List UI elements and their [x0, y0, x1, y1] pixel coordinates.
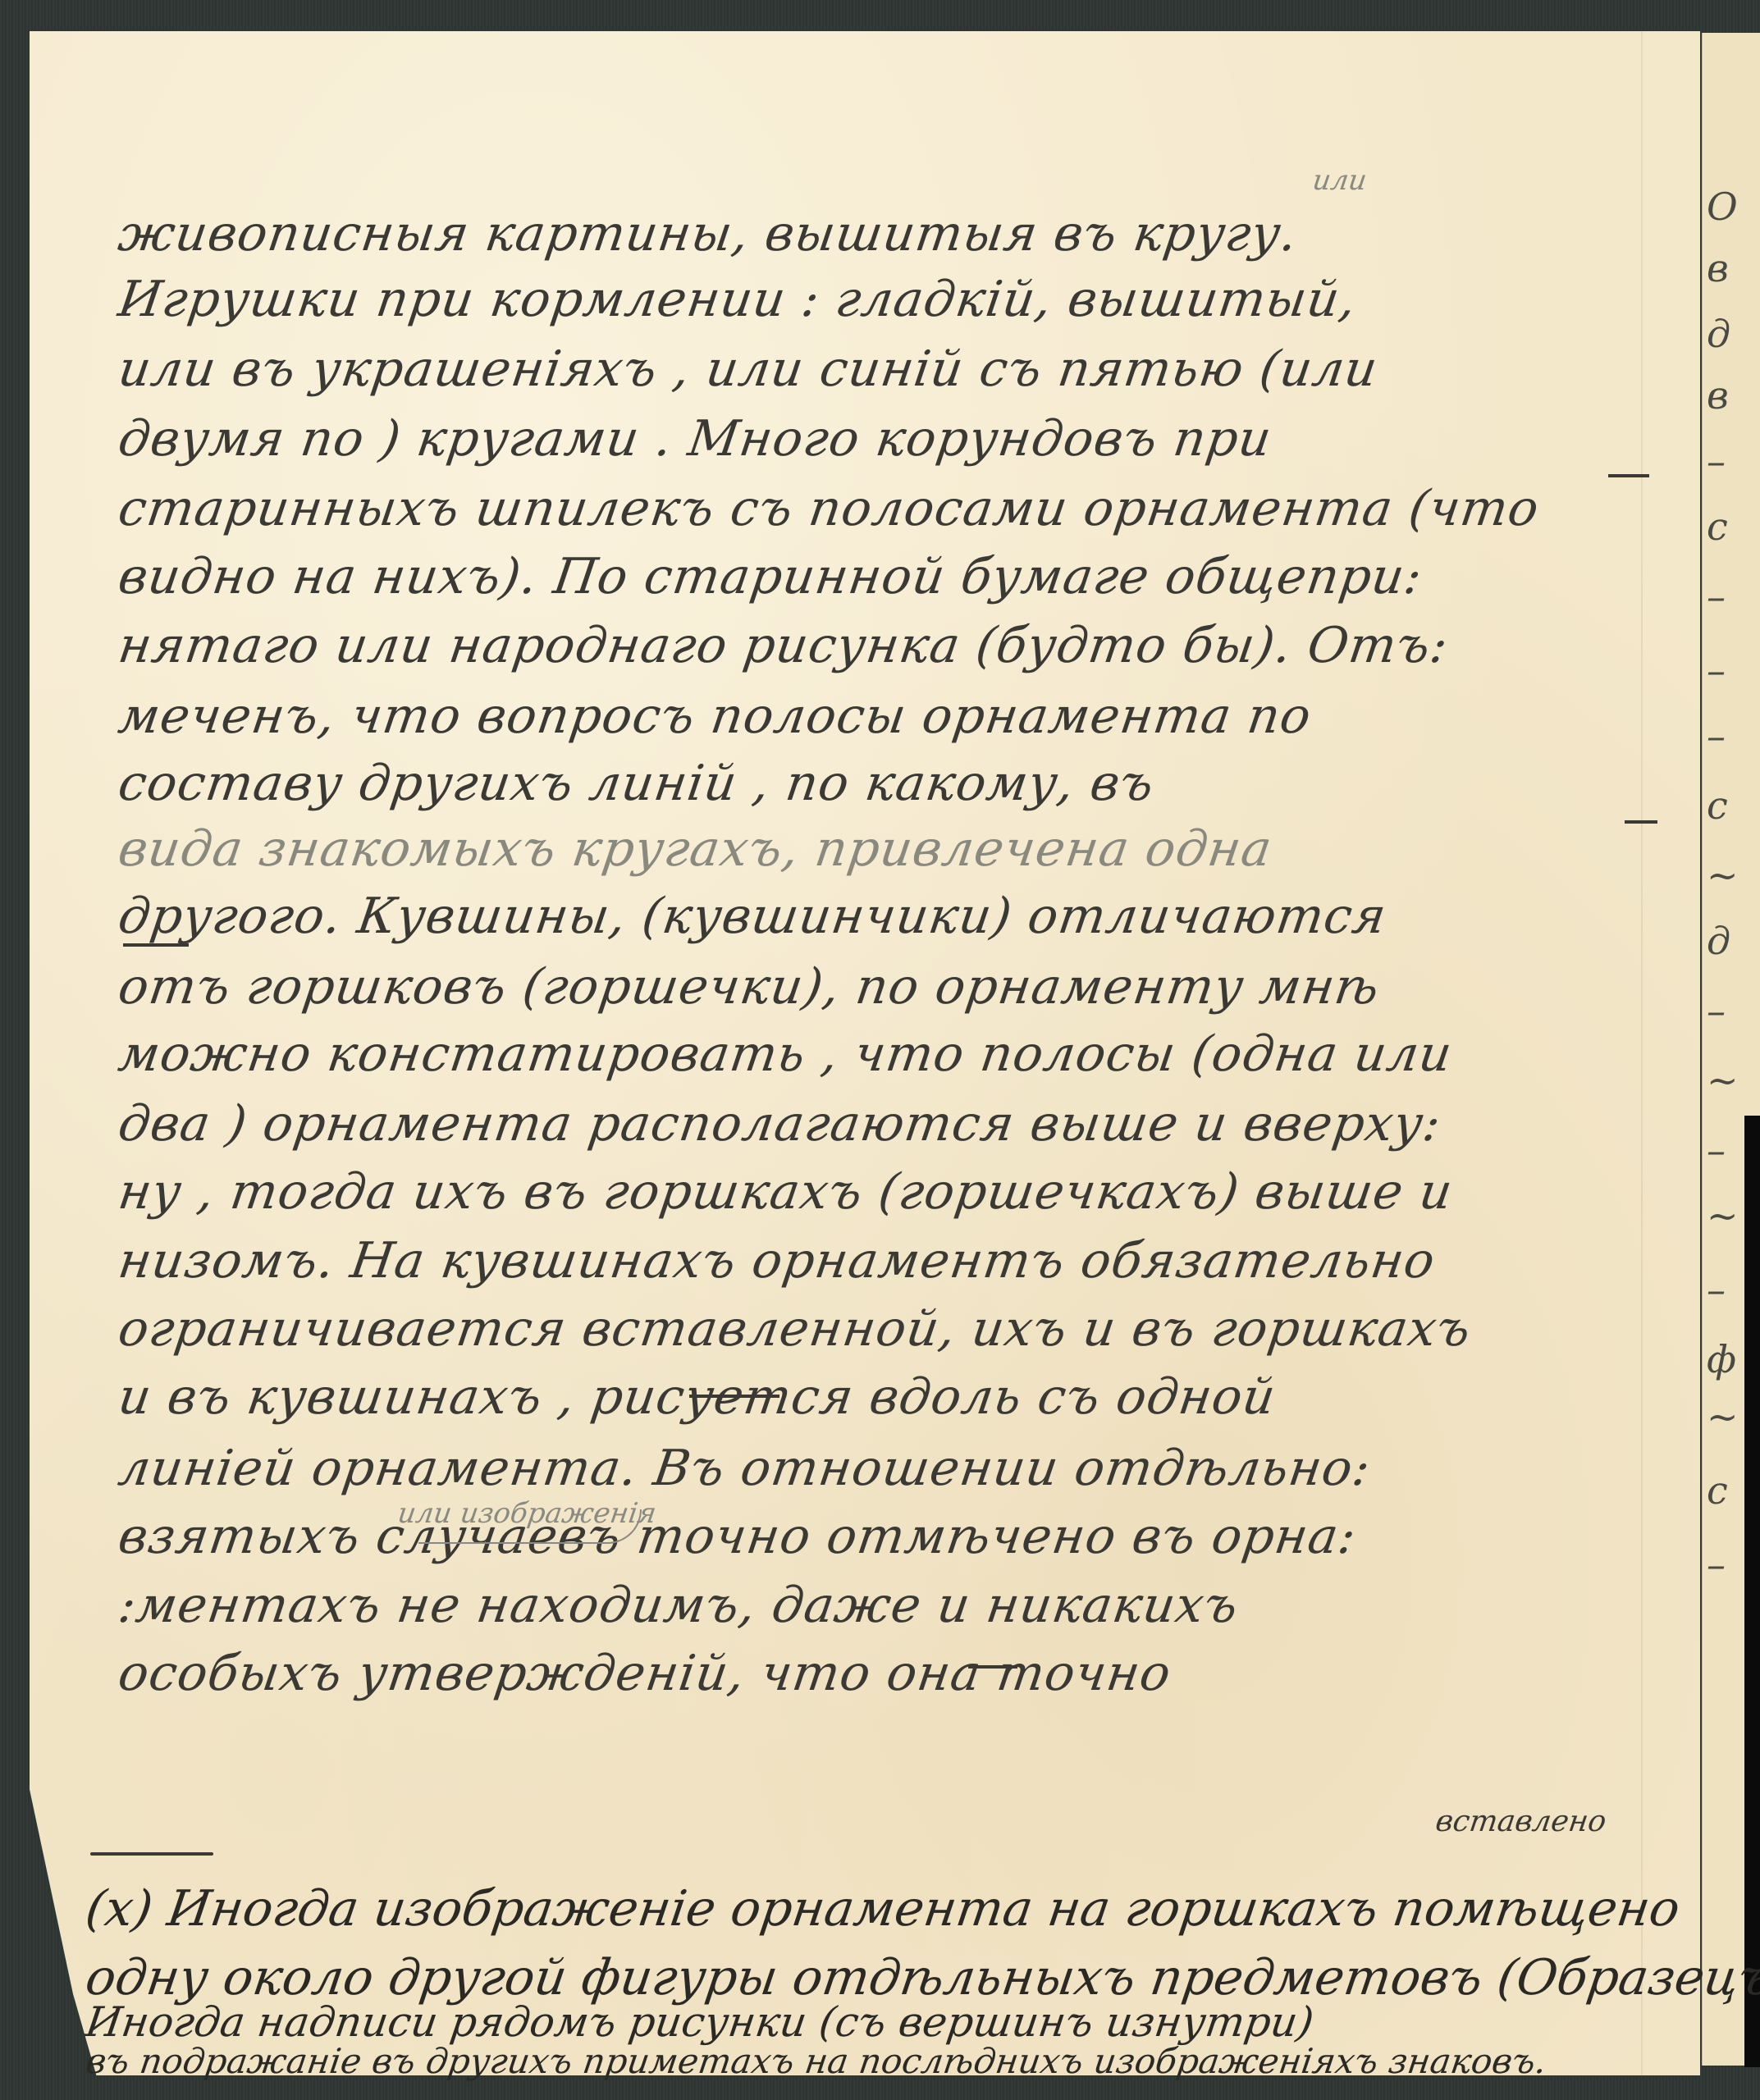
- manuscript-line-13: можно констатировать , что полосы (одна …: [115, 1025, 1682, 1083]
- manuscript-line-22: особыхъ утвержденій, что она точно: [115, 1645, 1682, 1702]
- manuscript-line-5: старинныхъ шпилекъ съ полосами орнамента…: [115, 480, 1682, 537]
- edge-fragment: –: [1707, 1267, 1727, 1312]
- manuscript-line-3: или въ украшеніяхъ , или синій съ пятью …: [115, 340, 1682, 398]
- manuscript-line-17: ограничивается вставленной, ихъ и въ гор…: [115, 1300, 1682, 1358]
- manuscript-line-9: составу другихъ линій , по какому, въ: [115, 755, 1682, 812]
- strikethrough-mark: [123, 943, 189, 947]
- edge-fragment: –: [1707, 648, 1727, 692]
- manuscript-line-1: живописныя картины, вышитыя въ кругу.: [115, 205, 1682, 262]
- edge-fragment: с: [1707, 783, 1730, 828]
- manuscript-line-19: линіей орнамента. Въ отношении отдѣльно:: [115, 1440, 1682, 1497]
- manuscript-line-7: нятаго или народнаго рисунка (будто бы).…: [115, 617, 1682, 674]
- footnote-line-3: Иногда надписи рядомъ рисунки (съ вершин…: [83, 1998, 1689, 2046]
- edge-fragment: ~: [1707, 1058, 1740, 1102]
- manuscript-line-11: другого. Кувшины, (кувшинчики) отличаютс…: [115, 888, 1682, 945]
- manuscript-line-14: два ) орнамента располагаются выше и вве…: [115, 1095, 1682, 1153]
- manuscript-line-6: видно на нихъ). По старинной бумаге обще…: [115, 548, 1682, 605]
- manuscript-line-2: Игрушки при кормлении : гладкій, вышитый…: [115, 271, 1682, 328]
- edge-fragment: –: [1707, 1128, 1727, 1172]
- footnote-line-4: въ подражаніе въ другихъ приметахъ на по…: [84, 2041, 1689, 2081]
- edge-fragment: с: [1707, 504, 1730, 549]
- manuscript-line-16: низомъ. На кувшинахъ орнаментъ обязатель…: [115, 1232, 1682, 1290]
- pencil-annotation: или: [1310, 164, 1369, 197]
- edge-fragment: О: [1707, 185, 1739, 229]
- edge-fragment: ~: [1707, 1395, 1740, 1439]
- footnote-line-1: (x) Иногда изображеніе орнамента на горш…: [82, 1880, 1690, 1938]
- edge-fragment: ~: [1707, 1194, 1740, 1238]
- edge-fragment: ~: [1707, 853, 1740, 897]
- edge-fragment: –: [1707, 439, 1727, 483]
- manuscript-line-10: вида знакомыхъ кругахъ, привлечена одна: [115, 820, 1682, 878]
- strikethrough-mark: [689, 1395, 779, 1398]
- manuscript-line-18: и въ кувшинахъ , рисуется вдоль съ одной: [115, 1368, 1682, 1426]
- edge-fragment: д: [1707, 312, 1732, 356]
- edge-fragment: с: [1707, 1468, 1730, 1513]
- edge-fragment: –: [1707, 1542, 1727, 1586]
- edge-fragment: ф: [1707, 1337, 1738, 1381]
- edge-fragment: –: [1707, 714, 1727, 758]
- adjacent-page-shadow: [1744, 1116, 1760, 2067]
- edge-fragment: д: [1707, 919, 1732, 963]
- ink-annotation: вставлено: [1433, 1805, 1608, 1838]
- strikethrough-mark: [968, 1665, 1017, 1669]
- edge-fragment: в: [1707, 246, 1730, 290]
- manuscript-line-21: :ментахъ не находимъ, даже и никакихъ: [115, 1577, 1682, 1634]
- footnote-separator: [90, 1852, 213, 1856]
- edge-fragment: в: [1707, 373, 1730, 418]
- edge-fragment: –: [1707, 988, 1727, 1033]
- edge-fragment: –: [1707, 574, 1727, 619]
- manuscript-line-8: меченъ, что вопросъ полосы орнамента по: [115, 687, 1682, 745]
- strikethrough-mark: [1608, 474, 1649, 477]
- manuscript-line-12: отъ горшковъ (горшечки), по орнаменту мн…: [115, 958, 1682, 1016]
- strikethrough-mark: [1625, 820, 1657, 824]
- manuscript-line-20: взятыхъ случаевъ точно отмѣчено въ орна:: [115, 1508, 1682, 1565]
- annotation-arc: [418, 1509, 642, 1544]
- manuscript-line-4: двумя по ) кругами . Много корундовъ при: [115, 410, 1682, 468]
- manuscript-line-15: ну , тогда ихъ въ горшкахъ (горшечкахъ) …: [115, 1163, 1682, 1221]
